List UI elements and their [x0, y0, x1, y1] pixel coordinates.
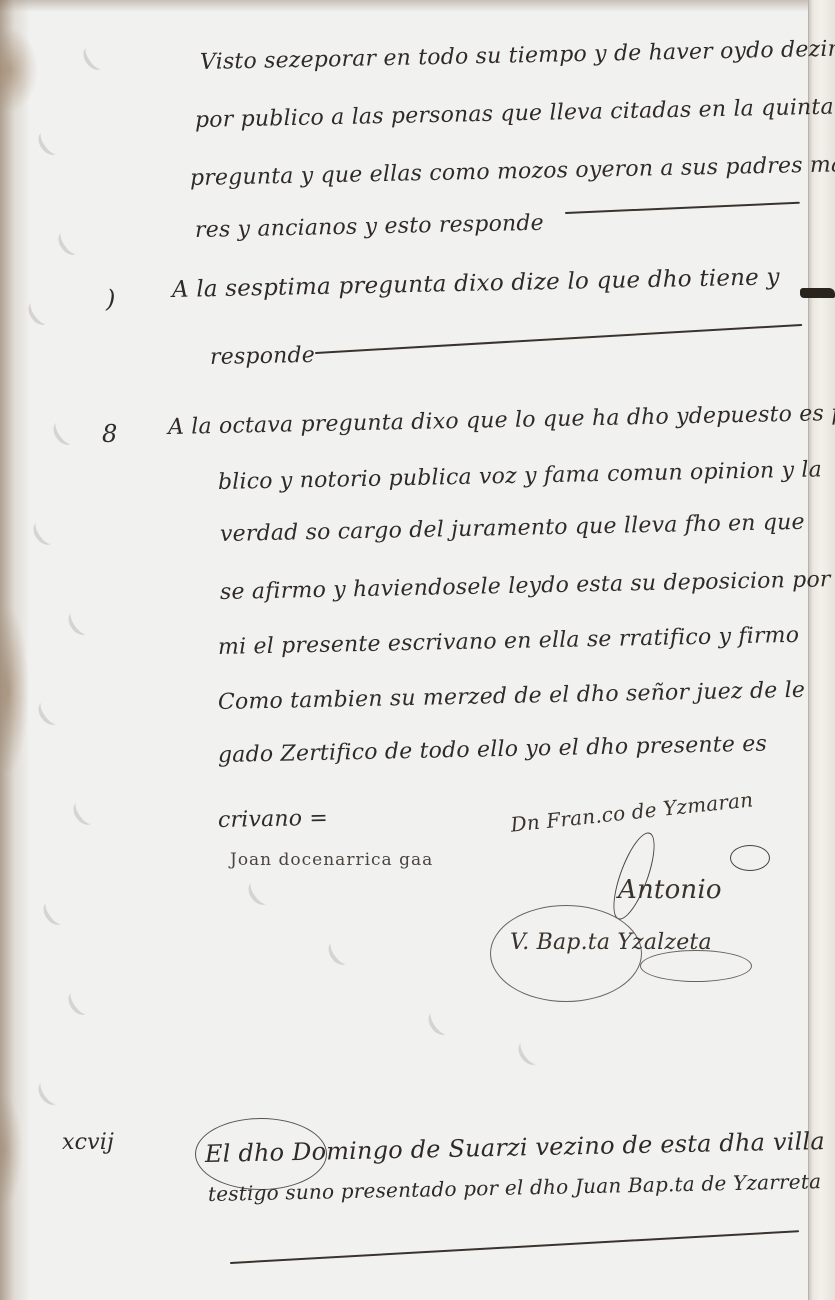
- margin-number-xcvij: xcvij: [62, 1130, 114, 1155]
- paragraph-2-line-2: responde: [210, 343, 316, 370]
- signature-yzalzeta: V. Bap.ta Yzalzeta: [510, 930, 712, 955]
- manuscript-scan: Visto sezeporar en todo su tiempo y de h…: [0, 0, 835, 1300]
- page-tear-mark: [800, 288, 835, 298]
- margin-number-7: ): [106, 285, 116, 313]
- margin-number-8: 8: [102, 420, 117, 448]
- signature-antonio: Antonio: [618, 875, 722, 905]
- adjacent-page-edge: [808, 0, 835, 1300]
- paragraph-3-line-8: crivano =: [218, 806, 329, 833]
- signature-joan: Joan docenarrica gaa: [230, 850, 433, 870]
- signature-flourish: [730, 845, 770, 871]
- signature-block-right: Antonio V. Bap.ta Yzalzeta: [490, 830, 790, 1010]
